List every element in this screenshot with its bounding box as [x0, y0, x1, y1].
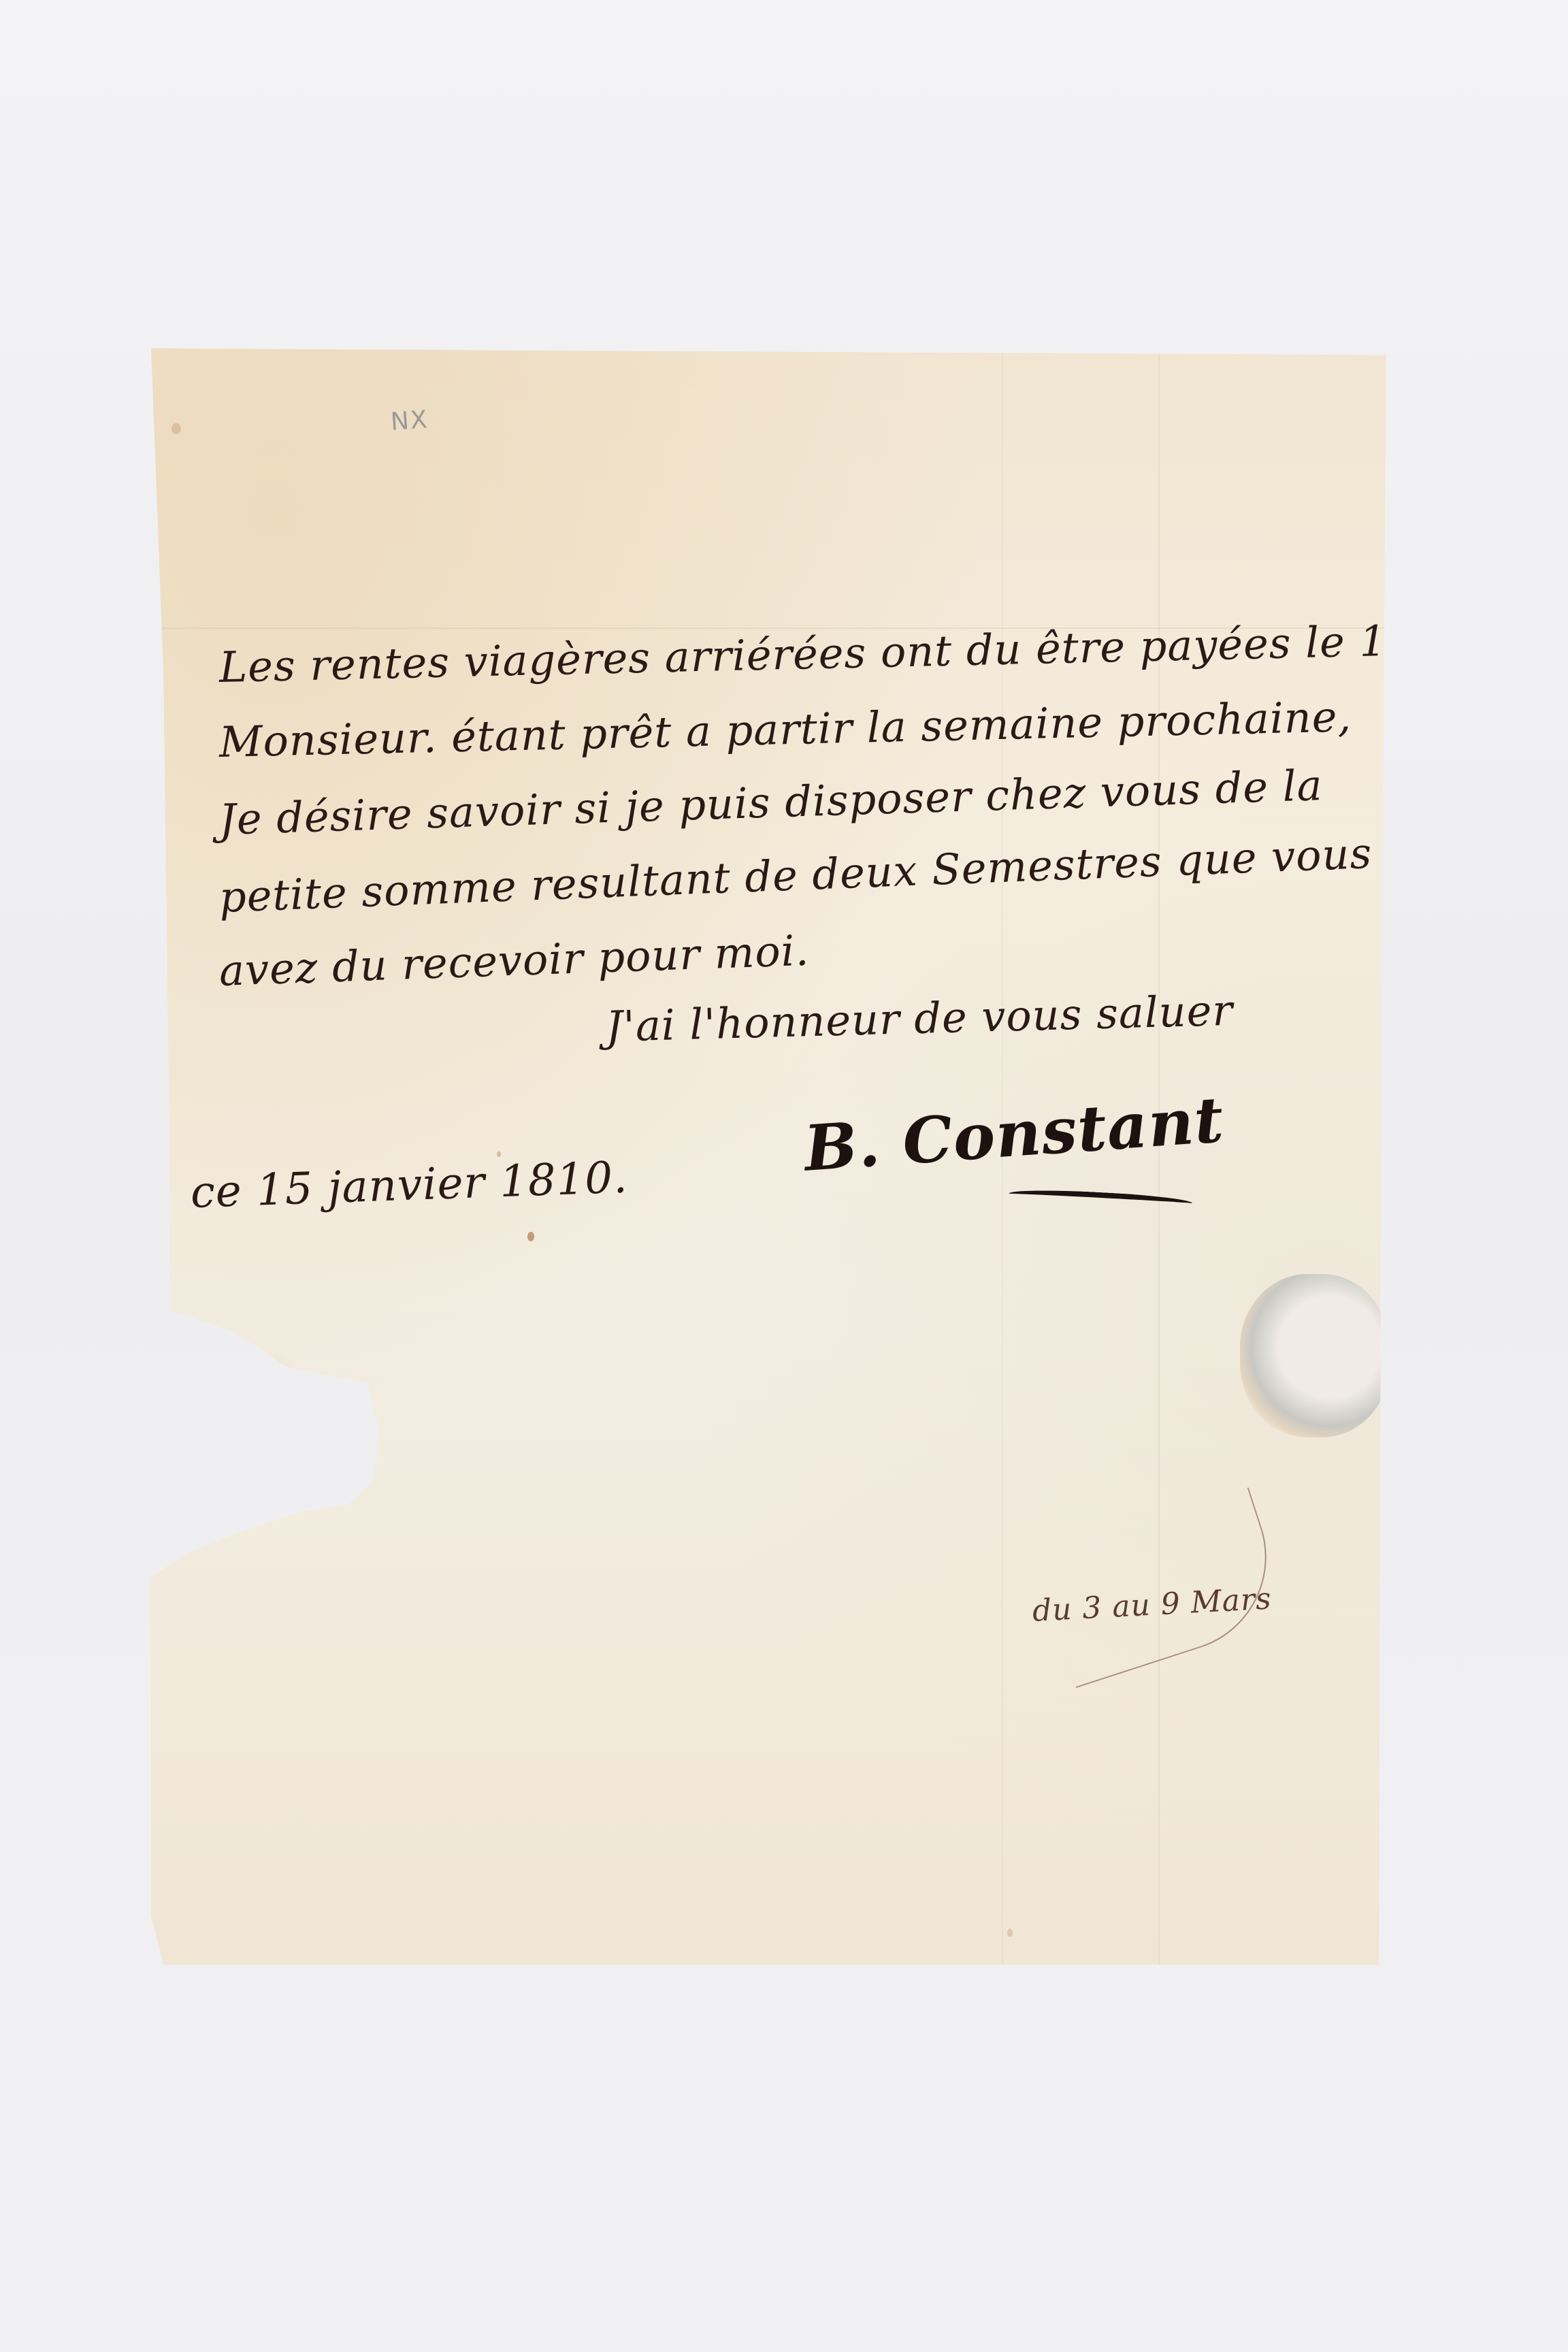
- tear-stain: [231, 1349, 313, 1485]
- letter-date: ce 15 janvier 1810.: [190, 1153, 629, 1218]
- letter-closing: J'ai l'honneur de vous saluer: [605, 985, 1234, 1051]
- ink-spot: [527, 1232, 534, 1241]
- letter-line-5: avez du recevoir pour moi.: [218, 926, 811, 996]
- water-stain: [1240, 1274, 1390, 1437]
- letter-line-2: Monsieur. étant prêt a partir la semaine…: [218, 691, 1352, 767]
- letter-line-4: petite somme resultant de deux Semestres…: [218, 828, 1373, 922]
- foxing-spot: [171, 423, 181, 434]
- signature: B. Constant: [802, 1083, 1226, 1186]
- letter-line-3: Je désire savoir si je puis disposer che…: [218, 760, 1324, 845]
- ink-spot: [497, 1151, 501, 1157]
- foxing-spot: [1007, 1929, 1013, 1937]
- signature-flourish: [1009, 1188, 1193, 1209]
- letter-paper: NX Les rentes viagères arriérées ont du …: [151, 348, 1386, 1965]
- pencil-mark: NX: [390, 406, 429, 436]
- letter-line-1: Les rentes viagères arriérées ont du êtr…: [218, 612, 1568, 692]
